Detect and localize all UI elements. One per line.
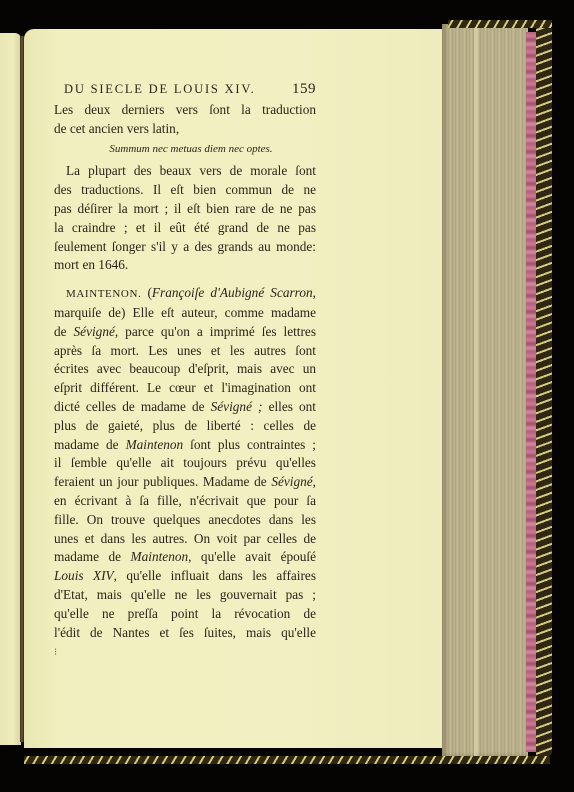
- text-line: écrites avec beaucoup d'eſprit, mais ave…: [54, 360, 316, 379]
- page-fore-edge: [442, 24, 528, 756]
- italic-name: Sévigné: [74, 324, 115, 339]
- gilt-cover-edge-right: [536, 26, 552, 756]
- text-line: Les deux derniers vers ſont la traductio…: [54, 101, 316, 120]
- gilt-cover-edge-top: [448, 20, 552, 28]
- gilt-cover-edge-bottom: [24, 756, 550, 764]
- text-line: madame de Maintenon, qu'elle avait épouſ…: [54, 548, 316, 567]
- entry-name: Maintenon.: [66, 288, 141, 300]
- text-line: madame de Maintenon ſont plus contrainte…: [54, 436, 316, 455]
- open-book: du siecle de louis xiv. 159 Les deux der…: [0, 0, 574, 792]
- text-line: marquiſe de) Elle eſt auteur, comme mada…: [54, 304, 316, 323]
- italic-name: Françoiſe d'Aubigné Scarron: [152, 285, 313, 300]
- text-line: ſeulement ſonger s'il y a des grands au …: [54, 238, 316, 257]
- text-line: Maintenon. (Françoiſe d'Aubigné Scarron,: [54, 284, 316, 304]
- latin-quote: Summum nec metuas diem nec optes.: [54, 140, 316, 159]
- text-line: dicté celles de madame de Sévigné ; elle…: [54, 398, 316, 417]
- signature-mark: ⁝: [54, 644, 316, 663]
- text-line: en écrivant à ſa fille, n'écrivait que p…: [54, 492, 316, 511]
- italic-name: Louis XIV: [54, 568, 114, 583]
- text-line: de cet ancien vers latin,: [54, 120, 316, 139]
- italic-name: Sévigné: [271, 474, 312, 489]
- marbled-endpaper-edge: [526, 32, 536, 752]
- fore-edge-highlight: [474, 24, 478, 756]
- italic-name: Maintenon: [131, 549, 189, 564]
- text-line: de Sévigné, parce qu'on a imprimé ſes le…: [54, 323, 316, 342]
- text-line: qu'elle ne preſſa point la révocation de: [54, 605, 316, 624]
- italic-name: Maintenon: [126, 437, 184, 452]
- text-line: il ſemble qu'elle ait toujours prévu qu'…: [54, 454, 316, 473]
- text-line: après ſa mort. Les unes et les autres ſo…: [54, 342, 316, 361]
- text-line: feraient un jour publiques. Madame de Sé…: [54, 473, 316, 492]
- italic-name: Sévigné ;: [211, 399, 263, 414]
- text-line: des traductions. Il eſt bien commun de n…: [54, 181, 316, 200]
- text-line: d'Etat, mais qu'elle ne les gouvernait p…: [54, 586, 316, 605]
- text-line: plus de gaieté, plus de liberté : celles…: [54, 417, 316, 436]
- running-head-title: du siecle de louis xiv.: [64, 77, 256, 101]
- text-line: pas déſirer la mort ; il eſt bien rare d…: [54, 200, 316, 219]
- paragraph-gap: [54, 275, 316, 284]
- text-line: eſprit différent. Le cœur et l'imaginati…: [54, 379, 316, 398]
- text-line: La plupart des beaux vers de morale ſont: [54, 162, 316, 181]
- text-line: unes et dans les autres. On voit par cel…: [54, 530, 316, 549]
- text-line: mort en 1646.: [54, 256, 316, 275]
- page-text: du siecle de louis xiv. 159 Les deux der…: [54, 77, 316, 663]
- text-line: la craindre ; et il eût été grand de ne …: [54, 219, 316, 238]
- page-number: 159: [292, 77, 316, 101]
- text-line: Louis XIV, qu'elle influait dans les aff…: [54, 567, 316, 586]
- text-line: l'édit de Nantes et ſes ſuites, mais qu'…: [54, 624, 316, 643]
- text-line: fille. On trouve quelques anecdotes dans…: [54, 511, 316, 530]
- running-head: du siecle de louis xiv. 159: [54, 77, 316, 101]
- left-page-edge: [0, 33, 21, 745]
